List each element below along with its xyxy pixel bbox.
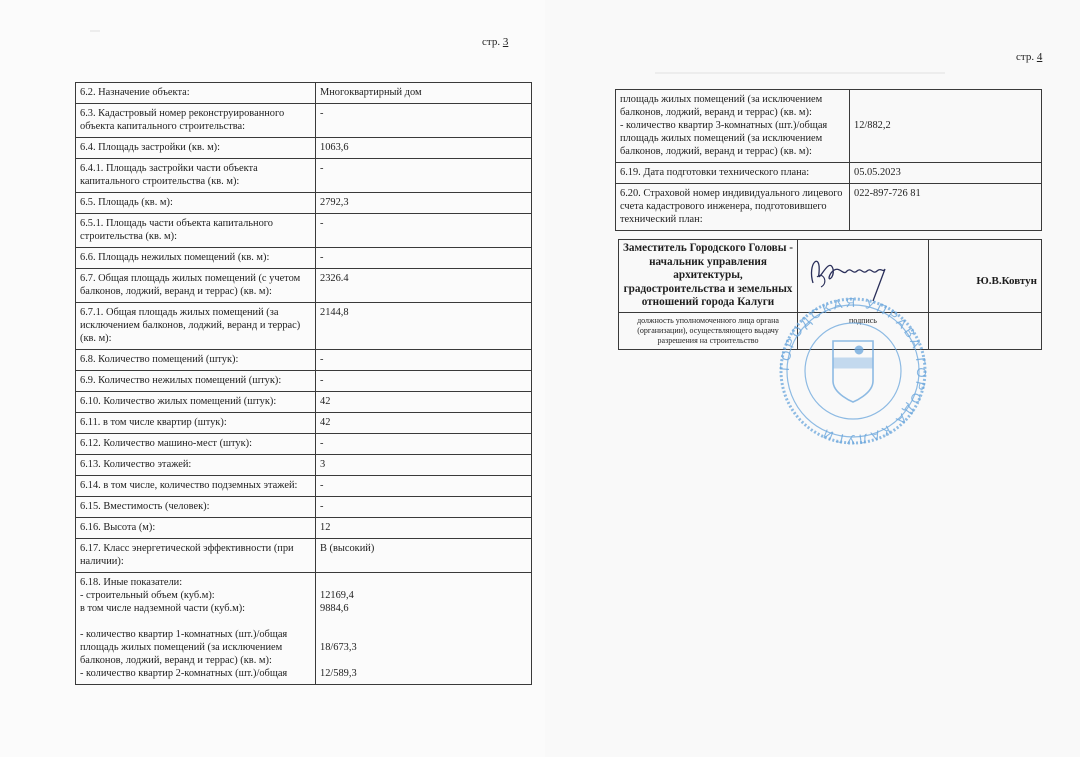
- row-value: 2326.4: [316, 269, 532, 303]
- position-caption: должность уполномоченного лица органа (о…: [619, 312, 798, 349]
- signature-cell: [798, 240, 929, 313]
- row-value: -: [316, 350, 532, 371]
- table-row: 6.9. Количество нежилых помещений (штук)…: [76, 371, 532, 392]
- row-label: 6.7.1. Общая площадь жилых помещений (за…: [76, 303, 316, 350]
- row-value: 1063,6: [316, 138, 532, 159]
- row-value: 42: [316, 413, 532, 434]
- row-value: -: [316, 497, 532, 518]
- row-label: 6.18. Иные показатели: - строительный об…: [76, 573, 316, 685]
- table-row: 6.10. Количество жилых помещений (штук):…: [76, 392, 532, 413]
- row-label: площадь жилых помещений (за исключением …: [616, 90, 850, 163]
- table-row: 6.16. Высота (м):12: [76, 518, 532, 539]
- table-row: 6.17. Класс энергетической эффективности…: [76, 539, 532, 573]
- table-row: 6.12. Количество машино-мест (штук):-: [76, 434, 532, 455]
- page-number-value: 3: [503, 36, 509, 48]
- table-row: площадь жилых помещений (за исключением …: [616, 90, 1042, 163]
- row-value: 05.05.2023: [850, 163, 1042, 184]
- row-value: -: [316, 371, 532, 392]
- row-label: 6.4. Площадь застройки (кв. м):: [76, 138, 316, 159]
- page-label: стр.: [482, 36, 500, 48]
- row-label: 6.20. Страховой номер индивидуального ли…: [616, 184, 850, 231]
- row-label: 6.13. Количество этажей:: [76, 455, 316, 476]
- official-name: Ю.В.Ковтун: [929, 240, 1042, 313]
- table-row: 6.2. Назначение объекта:Многоквартирный …: [76, 83, 532, 104]
- table-row: 6.5.1. Площадь части объекта капитальног…: [76, 214, 532, 248]
- row-value: Многоквартирный дом: [316, 83, 532, 104]
- row-label: 6.7. Общая площадь жилых помещений (с уч…: [76, 269, 316, 303]
- row-label: 6.14. в том числе, количество подземных …: [76, 476, 316, 497]
- table-row: 6.19. Дата подготовки технического плана…: [616, 163, 1042, 184]
- row-value: -: [316, 248, 532, 269]
- row-value: -: [316, 434, 532, 455]
- page-number-left: стр. 3: [482, 36, 508, 48]
- row-value: 42: [316, 392, 532, 413]
- row-label: 6.9. Количество нежилых помещений (штук)…: [76, 371, 316, 392]
- row-value: -: [316, 214, 532, 248]
- name-caption: [929, 312, 1042, 349]
- row-value: 12169,4 9884,6 18/673,3 12/589,3: [316, 573, 532, 685]
- page-number-value: 4: [1037, 51, 1043, 63]
- row-label: 6.4.1. Площадь застройки части объекта к…: [76, 159, 316, 193]
- row-label: 6.16. Высота (м):: [76, 518, 316, 539]
- table-row: 6.7.1. Общая площадь жилых помещений (за…: [76, 303, 532, 350]
- table-row: 6.8. Количество помещений (штук):-: [76, 350, 532, 371]
- table-row: 6.4. Площадь застройки (кв. м):1063,6: [76, 138, 532, 159]
- table-row-other-indicators: 6.18. Иные показатели: - строительный об…: [76, 573, 532, 685]
- handwritten-signature-icon: [799, 243, 919, 303]
- row-value: 2792,3: [316, 193, 532, 214]
- official-position: Заместитель Городского Головы - начальни…: [619, 240, 798, 313]
- row-label: 6.17. Класс энергетической эффективности…: [76, 539, 316, 573]
- left-page: стр. 3 6.2. Назначение объекта:Многоквар…: [0, 0, 545, 757]
- table-row: 6.20. Страховой номер индивидуального ли…: [616, 184, 1042, 231]
- row-label: 6.5. Площадь (кв. м):: [76, 193, 316, 214]
- row-value: 12/882,2: [850, 90, 1042, 163]
- row-label: 6.12. Количество машино-мест (штук):: [76, 434, 316, 455]
- table-row: 6.11. в том числе квартир (штук):42: [76, 413, 532, 434]
- row-value: 2144,8: [316, 303, 532, 350]
- row-label: 6.10. Количество жилых помещений (штук):: [76, 392, 316, 413]
- row-value: 3: [316, 455, 532, 476]
- row-value: -: [316, 104, 532, 138]
- page-number-right: стр. 4: [1016, 51, 1042, 63]
- object-characteristics-table-continued: площадь жилых помещений (за исключением …: [615, 89, 1042, 231]
- signature-block: Заместитель Городского Головы - начальни…: [618, 239, 1042, 350]
- table-row: 6.4.1. Площадь застройки части объекта к…: [76, 159, 532, 193]
- row-value: 022-897-726 81: [850, 184, 1042, 231]
- row-label: 6.6. Площадь нежилых помещений (кв. м):: [76, 248, 316, 269]
- signature-caption: подпись: [798, 312, 929, 349]
- row-value: В (высокий): [316, 539, 532, 573]
- table-row: 6.5. Площадь (кв. м):2792,3: [76, 193, 532, 214]
- row-label: 6.15. Вместимость (человек):: [76, 497, 316, 518]
- object-characteristics-table: 6.2. Назначение объекта:Многоквартирный …: [75, 82, 532, 685]
- row-value: -: [316, 159, 532, 193]
- row-label: 6.2. Назначение объекта:: [76, 83, 316, 104]
- page-label: стр.: [1016, 51, 1034, 63]
- row-label: 6.5.1. Площадь части объекта капитальног…: [76, 214, 316, 248]
- row-label: 6.8. Количество помещений (штук):: [76, 350, 316, 371]
- table-row: 6.15. Вместимость (человек):-: [76, 497, 532, 518]
- row-value: 12: [316, 518, 532, 539]
- table-row: 6.6. Площадь нежилых помещений (кв. м):-: [76, 248, 532, 269]
- row-label: 6.19. Дата подготовки технического плана…: [616, 163, 850, 184]
- table-row: 6.14. в том числе, количество подземных …: [76, 476, 532, 497]
- row-label: 6.3. Кадастровый номер реконструированно…: [76, 104, 316, 138]
- table-row: 6.7. Общая площадь жилых помещений (с уч…: [76, 269, 532, 303]
- row-label: 6.11. в том числе квартир (штук):: [76, 413, 316, 434]
- table-row: 6.3. Кадастровый номер реконструированно…: [76, 104, 532, 138]
- row-value: -: [316, 476, 532, 497]
- table-row: 6.13. Количество этажей:3: [76, 455, 532, 476]
